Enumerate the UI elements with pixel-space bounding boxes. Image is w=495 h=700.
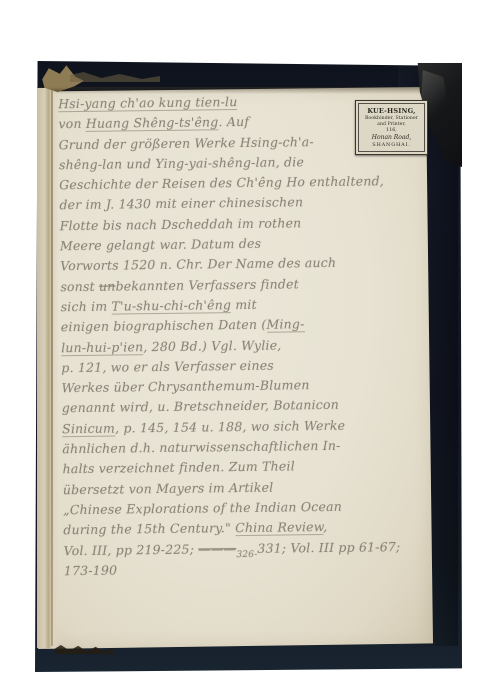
manuscript-segment: Meere gelangt war. Datum des — [60, 236, 261, 253]
manuscript-segment: von — [58, 116, 86, 131]
manuscript-segment: der im J. 1430 mit einer chinesischen — [59, 195, 303, 213]
manuscript-segment: . Auf — [218, 114, 249, 129]
manuscript-segment: Hsi-yang ch'ao kung tien-lu — [58, 94, 237, 112]
manuscript-segment: Sinicum — [62, 420, 115, 437]
manuscript-text: Hsi-yang ch'ao kung tien-luvon Huang Shê… — [58, 90, 426, 582]
manuscript-segment: genannt wird, u. Bretschneider, Botanico… — [62, 397, 339, 415]
book-photo: KUE-HSING, Bookbinder, Stationer and Pri… — [0, 0, 495, 700]
manuscript-segment: Geschichte der Reisen des Ch'êng Ho enth… — [59, 173, 384, 192]
manuscript-segment: Werkes über Chrysanthemum-Blumen — [62, 377, 310, 395]
manuscript-segment: Vorworts 1520 n. Chr. Der Name des auch — [60, 255, 336, 273]
manuscript-segment: T'u-shu-chi-ch'êng — [111, 297, 231, 314]
manuscript-segment: einigen biographischen Daten ( — [61, 317, 267, 335]
manuscript-segment: Ming- — [266, 317, 304, 333]
manuscript-segment: Huang Shêng-ts'êng — [86, 115, 219, 133]
manuscript-segment: shêng-lan und Ying-yai-shêng-lan, die — [59, 154, 304, 172]
manuscript-segment: lun-hui-p'ien — [61, 339, 143, 356]
manuscript-segment: Flotte bis nach Dscheddah im rothen — [60, 215, 302, 233]
manuscript-segment: ——— — [198, 541, 236, 556]
manuscript-line: Vol. III, pp 219-225; ———326-331; Vol. I… — [63, 536, 425, 561]
page-gutter — [37, 88, 59, 648]
manuscript-segment: sich im — [61, 299, 112, 315]
manuscript-segment: ähnlichen d.h. naturwissenschaftlichen I… — [62, 438, 340, 456]
manuscript-segment: übersetzt von Mayers im Artikel — [63, 479, 274, 497]
manuscript-segment: sonst — [60, 278, 99, 293]
manuscript-segment: halts verzeichnet finden. Zum Theil — [63, 459, 295, 477]
manuscript-segment: Grund der größeren Werke Hsing-ch'a- — [59, 134, 314, 152]
manuscript-segment: 331; Vol. III pp 61-67; — [257, 539, 400, 556]
manuscript-segment: p. 121, wo er als Verfasser eines — [61, 357, 274, 375]
manuscript-segment: 173-190 — [64, 562, 118, 578]
manuscript-segment: during the 15th Century." — [63, 520, 235, 537]
manuscript-segment: China Review — [235, 519, 323, 536]
manuscript-segment: , p. 145, 154 u. 188, wo sich Werke — [115, 417, 345, 435]
gutter-crease — [51, 90, 53, 646]
manuscript-segment: , 280 Bd.) Vgl. Wylie, — [143, 337, 281, 354]
manuscript-segment: un — [99, 278, 116, 293]
manuscript-segment: Vol. III, pp 219-225; — [64, 541, 199, 558]
manuscript-segment: bekannten Verfassers findet — [115, 276, 299, 293]
manuscript-segment: mit — [231, 297, 257, 312]
manuscript-segment: , — [323, 519, 327, 534]
manuscript-segment: „Chinese Explorations of the Indian Ocea… — [63, 499, 342, 517]
manuscript-segment: 326- — [236, 549, 257, 559]
